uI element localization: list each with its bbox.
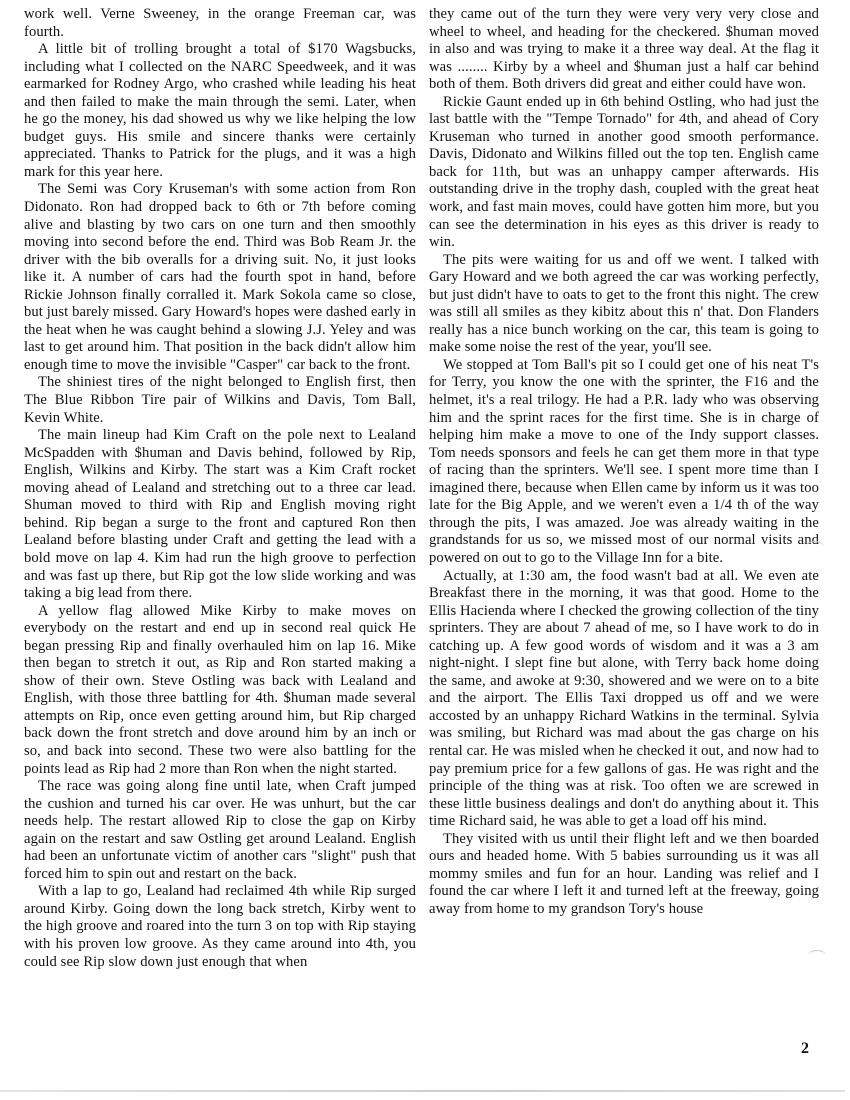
document-page: work well. Verne Sweeney, in the orange … xyxy=(0,0,850,1100)
left-column: work well. Verne Sweeney, in the orange … xyxy=(24,6,416,971)
right-column: they came out of the turn they were very… xyxy=(429,6,819,918)
paragraph: The shiniest tires of the night belonged… xyxy=(24,374,416,427)
page-number: 2 xyxy=(801,1040,809,1058)
scan-artifact xyxy=(808,950,826,961)
paragraph: Actually, at 1:30 am, the food wasn't ba… xyxy=(429,568,819,831)
paragraph: The race was going along fine until late… xyxy=(24,778,416,883)
scan-artifact xyxy=(802,104,820,115)
paragraph: A yellow flag allowed Mike Kirby to make… xyxy=(24,603,416,778)
paragraph: The main lineup had Kim Craft on the pol… xyxy=(24,427,416,602)
page-bottom-edge xyxy=(0,1090,845,1092)
scan-artifact xyxy=(806,541,824,552)
paragraph: work well. Verne Sweeney, in the orange … xyxy=(24,6,416,41)
paragraph: they came out of the turn they were very… xyxy=(429,6,819,94)
paragraph: They visited with us until their flight … xyxy=(429,831,819,919)
paragraph: Rickie Gaunt ended up in 6th behind Ostl… xyxy=(429,94,819,252)
paragraph: With a lap to go, Lealand had reclaimed … xyxy=(24,883,416,971)
paragraph: The Semi was Cory Kruseman's with some a… xyxy=(24,181,416,374)
paragraph: The pits were waiting for us and off we … xyxy=(429,252,819,357)
paragraph: We stopped at Tom Ball's pit so I could … xyxy=(429,357,819,568)
paragraph: A little bit of trolling brought a total… xyxy=(24,41,416,181)
